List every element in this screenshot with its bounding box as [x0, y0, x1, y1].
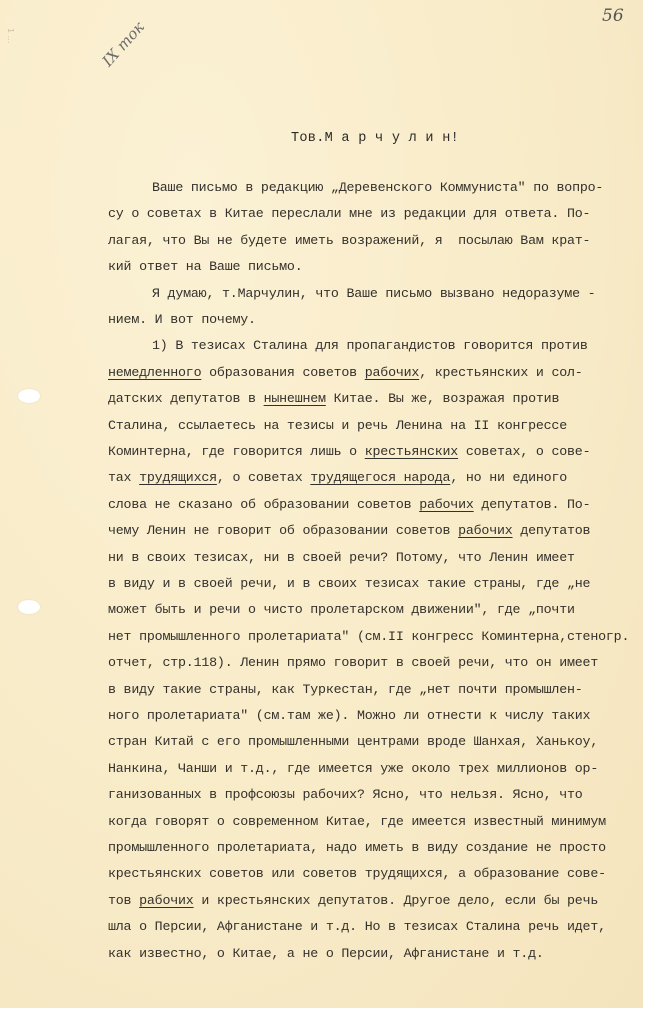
- text-span: как известно, о Китае, а не о Персии, Аф…: [108, 946, 544, 961]
- text-line: тов рабочих и крестьянских депутатов. Др…: [108, 893, 642, 908]
- text-line: кий ответ на Ваше письмо.: [108, 259, 642, 274]
- text-line: лагая, что Вы не будете иметь возражений…: [108, 233, 642, 248]
- text-span: Коминтерна, где говорится лишь о: [108, 444, 365, 459]
- text-line: ного пролетариата" (см.там же). Можно ли…: [108, 708, 642, 723]
- punch-hole: [18, 600, 40, 614]
- handwritten-annotation: IX ток: [99, 18, 148, 70]
- text-line: Сталина, ссылаетесь на тезисы и речь Лен…: [108, 418, 642, 433]
- text-span: крестьянских советов или советов трудящи…: [108, 866, 606, 881]
- text-line: тах трудящихся, о советах трудящегося на…: [108, 470, 642, 485]
- underlined-text: немедленного: [108, 365, 201, 380]
- text-line: датских депутатов в нынешнем Китае. Вы ж…: [108, 391, 642, 406]
- text-line: в виду такие страны, как Туркестан, где …: [108, 682, 642, 697]
- text-line: Нанкина, Чанши и т.д., где имеется уже о…: [108, 761, 642, 776]
- text-line: су о советах в Китае переслали мне из ре…: [108, 206, 642, 221]
- text-span: когда говорят о современном Китае, где и…: [108, 814, 606, 829]
- underlined-text: рабочих: [458, 523, 512, 538]
- text-span: ни в своих тезисах, ни в своей речи? Пот…: [108, 550, 575, 565]
- underlined-text: рабочих: [139, 893, 193, 908]
- text-span: Сталина, ссылаетесь на тезисы и речь Лен…: [108, 418, 567, 433]
- text-line: нет промышленного пролетариата" (см.II к…: [108, 629, 642, 644]
- text-span: датских депутатов в: [108, 391, 264, 406]
- text-line: как известно, о Китае, а не о Персии, Аф…: [108, 946, 642, 961]
- text-span: стран Китай с его промышленными центрами…: [108, 734, 598, 749]
- text-line: ни в своих тезисах, ни в своей речи? Пот…: [108, 550, 642, 565]
- text-span: Ваше письмо в редакцию „Деревенского Ком…: [152, 180, 603, 195]
- text-span: нет промышленного пролетариата" (см.II к…: [108, 629, 629, 644]
- text-line: немедленного образования советов рабочих…: [108, 365, 642, 380]
- text-span: депутатов: [513, 523, 591, 538]
- text-span: су о советах в Китае переслали мне из ре…: [108, 206, 590, 221]
- margin-mark: 1 …: [6, 28, 15, 44]
- text-line: промышленного пролетариата, надо иметь в…: [108, 840, 642, 855]
- text-line: Я думаю, т.Марчулин, что Ваше письмо выз…: [152, 286, 642, 301]
- text-line: 1) В тезисах Сталина для пропагандистов …: [152, 338, 642, 353]
- text-span: и крестьянских депутатов. Другое дело, е…: [194, 893, 599, 908]
- text-span: советах, о сове-: [458, 444, 590, 459]
- text-line: ганизованных в профсоюзы рабочих? Ясно, …: [108, 787, 642, 802]
- text-line: может быть и речи о чисто пролетарском д…: [108, 602, 642, 617]
- text-span: , о советах: [217, 470, 310, 485]
- text-span: тов: [108, 893, 139, 908]
- text-line: Ваше письмо в редакцию „Деревенского Ком…: [152, 180, 642, 195]
- text-line: слова не сказано об образовании советов …: [108, 497, 642, 512]
- text-span: в виду и в своей речи, и в своих тезисах…: [108, 576, 590, 591]
- text-span: слова не сказано об образовании советов: [108, 497, 419, 512]
- text-span: депутатов. По-: [474, 497, 591, 512]
- page-number: 56: [602, 6, 624, 26]
- underlined-text: трудящихся: [139, 470, 217, 485]
- underlined-text: крестьянских: [365, 444, 458, 459]
- text-line: чему Ленин не говорит об образовании сов…: [108, 523, 642, 538]
- text-span: тах: [108, 470, 139, 485]
- text-span: , но ни единого: [450, 470, 567, 485]
- text-span: нием. И вот почему.: [108, 312, 256, 327]
- text-span: отчет, стр.118). Ленин прямо говорит в с…: [108, 655, 598, 670]
- text-span: кий ответ на Ваше письмо.: [108, 259, 303, 274]
- text-line: крестьянских советов или советов трудящи…: [108, 866, 642, 881]
- text-line: когда говорят о современном Китае, где и…: [108, 814, 642, 829]
- text-span: 1) В тезисах Сталина для пропагандистов …: [152, 338, 588, 353]
- text-span: образования советов: [201, 365, 364, 380]
- text-line: шла о Персии, Афганистане и т.д. Но в те…: [108, 919, 642, 934]
- underlined-text: рабочих: [419, 497, 473, 512]
- document-page: 1 … 56 IX ток Тов.М а р ч у л и н! Ваше …: [0, 0, 643, 1008]
- text-span: Китае. Вы же, возражая против: [326, 391, 559, 406]
- text-span: Я думаю, т.Марчулин, что Ваше письмо выз…: [152, 286, 595, 301]
- text-line: в виду и в своей речи, и в своих тезисах…: [108, 576, 642, 591]
- underlined-text: рабочих: [365, 365, 419, 380]
- underlined-text: нынешнем: [264, 391, 326, 406]
- letter-salutation: Тов.М а р ч у л и н!: [291, 131, 459, 146]
- text-span: может быть и речи о чисто пролетарском д…: [108, 602, 575, 617]
- text-span: лагая, что Вы не будете иметь возражений…: [108, 233, 590, 248]
- text-line: Коминтерна, где говорится лишь о крестья…: [108, 444, 642, 459]
- text-span: шла о Персии, Афганистане и т.д. Но в те…: [108, 919, 606, 934]
- underlined-text: трудящегося народа: [310, 470, 450, 485]
- text-span: в виду такие страны, как Туркестан, где …: [108, 682, 583, 697]
- punch-hole: [18, 389, 40, 403]
- text-span: ганизованных в профсоюзы рабочих? Ясно, …: [108, 787, 583, 802]
- text-line: отчет, стр.118). Ленин прямо говорит в с…: [108, 655, 642, 670]
- text-span: , крестьянских и сол-: [419, 365, 582, 380]
- text-span: чему Ленин не говорит об образовании сов…: [108, 523, 458, 538]
- text-span: промышленного пролетариата, надо иметь в…: [108, 840, 606, 855]
- text-span: ного пролетариата" (см.там же). Можно ли…: [108, 708, 590, 723]
- text-line: стран Китай с его промышленными центрами…: [108, 734, 642, 749]
- text-line: нием. И вот почему.: [108, 312, 642, 327]
- text-span: Нанкина, Чанши и т.д., где имеется уже о…: [108, 761, 598, 776]
